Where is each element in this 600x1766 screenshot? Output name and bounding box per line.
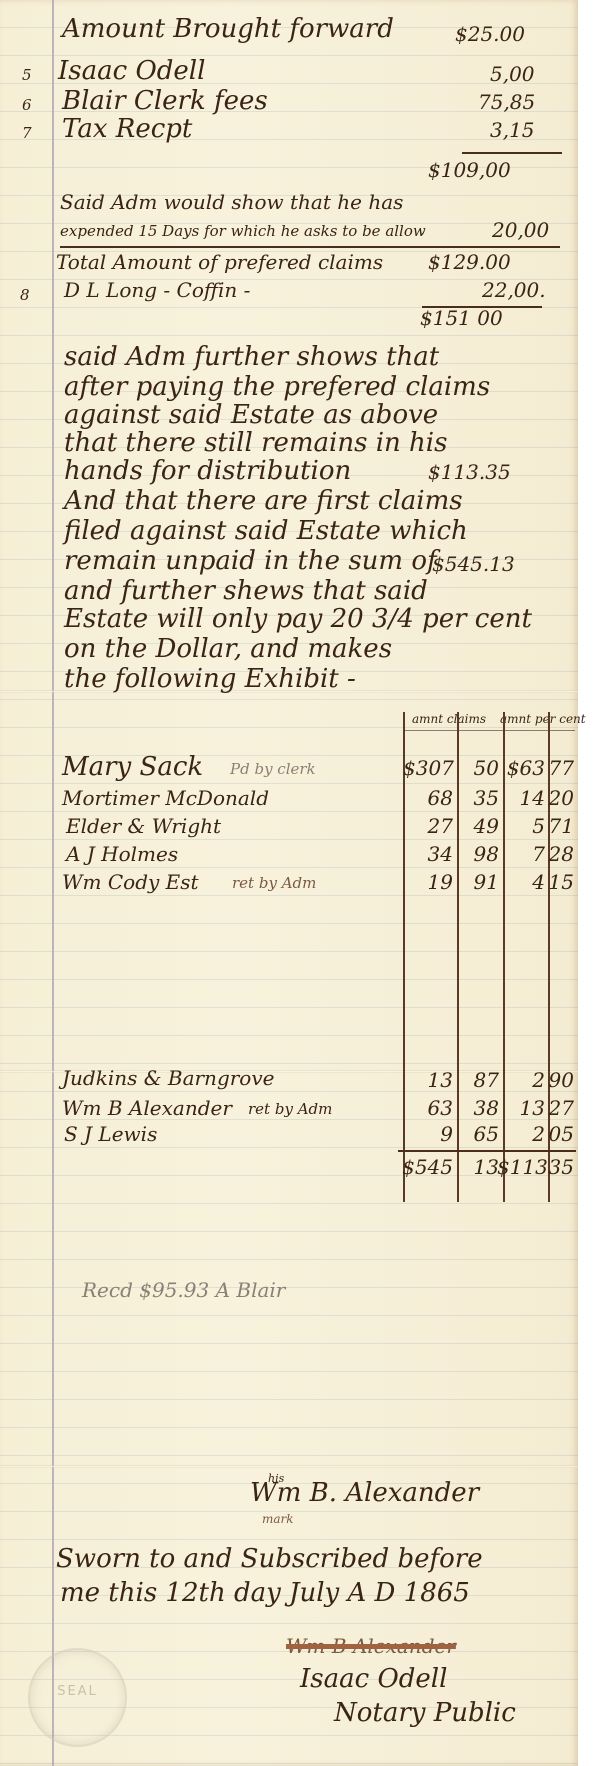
pct-cents: 27 (548, 1096, 574, 1120)
sum-rule (60, 246, 560, 248)
claimant-name: Wm Cody Est (62, 870, 199, 894)
amount-forward-value: $25.00 (455, 22, 525, 46)
receipt-note: Recd $95.93 A Blair (82, 1278, 285, 1302)
sum-rule (462, 152, 562, 154)
claim-dollars: 34 (403, 842, 453, 866)
claimant-name: Wm B Alexander (62, 1096, 232, 1120)
claim-cents: 35 (457, 786, 499, 810)
total-pct-cents: 35 (548, 1155, 574, 1179)
claimant-name: Elder & Wright (66, 814, 221, 838)
narrative-line: the following Exhibit - (64, 664, 356, 694)
signature-name: Wm B. Alexander (250, 1478, 479, 1508)
claimant-name: S J Lewis (64, 1122, 157, 1146)
claim-cents: 91 (457, 870, 499, 894)
coffin-item-label: D L Long - Coffin - (64, 278, 250, 302)
notary-title: Notary Public (334, 1698, 516, 1728)
subtotal-1: $109,00 (428, 158, 511, 182)
unpaid-sum: $545.13 (432, 552, 515, 576)
jurat-line1: Sworn to and Subscribed before (56, 1544, 483, 1574)
coffin-item-amount: 22,00. (482, 278, 546, 302)
pct-cents: 28 (548, 842, 574, 866)
item-number: 8 (20, 286, 30, 304)
claim-cents: 50 (457, 756, 499, 780)
embossed-seal-icon: SEAL (28, 1648, 127, 1747)
claim-dollars: 19 (403, 870, 453, 894)
claimant-note: ret by Adm (248, 1100, 332, 1118)
pct-dollars: 2 (503, 1122, 545, 1146)
item-amount: 75,85 (478, 90, 535, 114)
admin-statement-amount: 20,00 (492, 218, 549, 242)
narrative-line: hands for distribution (64, 456, 351, 486)
ledger-page: Amount Brought forward $25.00 5 Isaac Od… (0, 0, 578, 1766)
claimant-name: Mortimer McDonald (62, 786, 269, 810)
narrative-line: filed against said Estate which (64, 516, 468, 546)
subtotal-2: $151 00 (420, 306, 503, 330)
total-preferred-label: Total Amount of prefered claims (56, 250, 383, 274)
narrative-line: that there still remains in his (64, 428, 447, 458)
claim-cents: 49 (457, 814, 499, 838)
pct-dollars: 5 (503, 814, 545, 838)
item-label: Tax Recpt (62, 114, 192, 144)
claim-dollars: 27 (403, 814, 453, 838)
item-amount: 3,15 (490, 118, 535, 142)
total-claim-dollars: $545 (395, 1155, 453, 1179)
totals-rule (398, 1150, 576, 1152)
distribution-amount: $113.35 (428, 460, 511, 484)
item-label: Blair Clerk fees (62, 86, 268, 116)
item-number: 5 (22, 66, 32, 84)
pct-dollars: 14 (503, 786, 545, 810)
pct-dollars: $63 (503, 756, 545, 780)
total-pct-dollars: $113 (497, 1155, 545, 1179)
narrative-line: and further shews that said (64, 576, 428, 606)
narrative-line: And that there are first claims (64, 486, 463, 516)
narrative-line: on the Dollar, and makes (64, 634, 392, 664)
item-label: Isaac Odell (58, 56, 205, 86)
notary-name: Isaac Odell (300, 1664, 447, 1694)
pct-cents: 05 (548, 1122, 574, 1146)
claimant-name: A J Holmes (66, 842, 178, 866)
pct-cents: 90 (548, 1068, 574, 1092)
claimant-note: Pd by clerk (230, 760, 316, 778)
claim-dollars: 63 (403, 1096, 453, 1120)
item-number: 6 (22, 96, 32, 114)
claim-dollars: 68 (403, 786, 453, 810)
total-preferred-amount: $129.00 (428, 250, 511, 274)
claimant-note: ret by Adm (232, 874, 316, 892)
seal-text: SEAL (30, 1684, 125, 1699)
claim-cents: 65 (457, 1122, 499, 1146)
pct-cents: 77 (548, 756, 574, 780)
pct-dollars: 7 (503, 842, 545, 866)
jurat-line2: me this 12th day July A D 1865 (60, 1578, 470, 1608)
pct-cents: 20 (548, 786, 574, 810)
claimant-name: Mary Sack (62, 752, 203, 782)
pct-dollars: 4 (503, 870, 545, 894)
claim-dollars: $307 (403, 756, 453, 780)
fold-line (0, 1465, 578, 1468)
amount-forward-label: Amount Brought forward (62, 14, 394, 44)
item-amount: 5,00 (490, 62, 535, 86)
admin-statement-line2: expended 15 Days for which he asks to be… (60, 222, 426, 240)
pct-cents: 71 (548, 814, 574, 838)
admin-statement-line1: Said Adm would show that he has (60, 190, 403, 214)
narrative-line: against said Estate as above (64, 400, 438, 430)
claim-cents: 98 (457, 842, 499, 866)
pct-dollars: 13 (503, 1096, 545, 1120)
pct-cents: 15 (548, 870, 574, 894)
narrative-line: after paying the prefered claims (64, 372, 490, 402)
header-amount-percent: amnt per cent (500, 712, 586, 726)
header-amount-claimed: amnt claims (412, 712, 486, 726)
claimant-name: Judkins & Barngrove (62, 1066, 274, 1090)
narrative-line: Estate will only pay 20 3/4 per cent (64, 604, 532, 634)
pct-dollars: 2 (503, 1068, 545, 1092)
claim-dollars: 9 (403, 1122, 453, 1146)
claim-cents: 38 (457, 1096, 499, 1120)
narrative-line: said Adm further shows that (64, 342, 439, 372)
claim-cents: 87 (457, 1068, 499, 1092)
claim-dollars: 13 (403, 1068, 453, 1092)
narrative-line: remain unpaid in the sum of (64, 546, 437, 576)
margin-line (52, 0, 54, 1766)
total-claim-cents: 13 (457, 1155, 499, 1179)
item-number: 7 (22, 124, 32, 142)
signature-mark: mark (262, 1512, 294, 1526)
struck-signature: Wm B Alexander (286, 1634, 456, 1658)
